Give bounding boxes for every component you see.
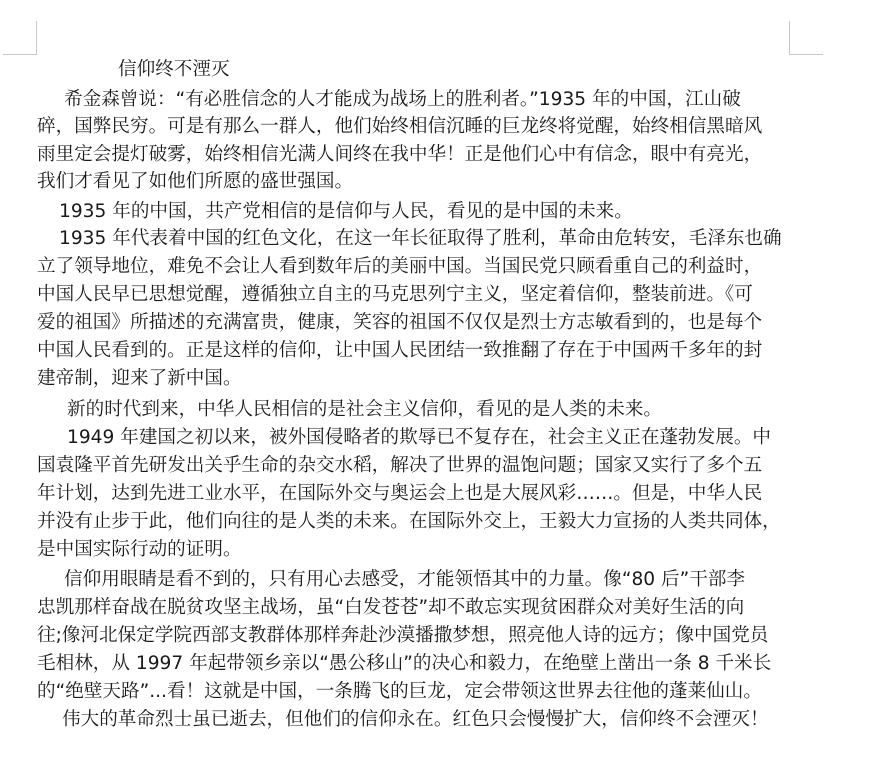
- text-line: 建帝制，迎来了新中国。: [37, 366, 242, 392]
- text-line: 年计划，达到先进工业水平，在国际外交与奥运会上也是大展风彩……。但是，中华人民: [37, 481, 762, 507]
- page-corner-mark-top-right: [789, 21, 823, 55]
- text-line: 1935 年代表着中国的红色文化，在这一年长征取得了胜利，革命由危转安，毛泽东也…: [59, 226, 782, 252]
- text-line: 碎，国弊民穷。可是有那么一群人，他们始终相信沉睡的巨龙终将觉醒，始终相信黑暗风: [37, 114, 762, 140]
- text-line: 1949 年建国之初以来，被外国侵略者的欺辱已不复存在，社会主义正在蓬勃发展。中: [67, 425, 771, 451]
- text-line: 的“绝壁天路”...看！这就是中国，一条腾飞的巨龙，定会带领这世界去往他的蓬莱仙…: [37, 679, 762, 705]
- text-line: 往;像河北保定学院西部支教群体那样奔赴沙漠播撒梦想，照亮他人诗的远方；像中国党员: [37, 623, 768, 649]
- page-corner-mark-top-left: [3, 21, 37, 55]
- text-line: 是中国实际行动的证明。: [37, 537, 242, 563]
- text-line: 1935 年的中国，共产党相信的是信仰与人民，看见的是中国的未来。: [59, 199, 633, 225]
- text-line: 中国人民看到的。正是这样的信仰，让中国人民团结一致推翻了存在于中国两千多年的封: [37, 338, 762, 364]
- text-line: 新的时代到来，中华人民相信的是社会主义信仰，看见的是人类的未来。: [67, 397, 662, 423]
- text-line: 雨里定会提灯破雾，始终相信光满人间终在我中华！正是他们心中有信念，眼中有亮光，: [37, 142, 762, 168]
- text-line: 立了领导地位，难免不会让人看到数年后的美丽中国。当国民党只顾看重自己的利益时，: [37, 254, 762, 280]
- text-line: 国袁隆平首先研发出关乎生命的杂交水稻，解决了世界的温饱问题；国家又实行了多个五: [37, 453, 762, 479]
- text-line: 忠凯那样奋战在脱贫攻坚主战场，虽“白发苍苍”却不敢忘实现贫困群众对美好生活的向: [37, 595, 744, 621]
- text-line: 并没有止步于此，他们向往的是人类的未来。在国际外交上，王毅大力宣扬的人类共同体，: [37, 509, 781, 535]
- document-title: 信仰终不湮灭: [118, 57, 230, 83]
- text-line: 毛相林，从 1997 年起带领乡亲以“愚公移山”的决心和毅力，在绝壁上凿出一条 …: [37, 651, 771, 677]
- text-line: 希金森曾说：“有必胜信念的人才能成为战场上的胜利者。”1935 年的中国，江山破: [64, 87, 741, 113]
- text-line: 信仰用眼睛是看不到的，只有用心去感受，才能领悟其中的力量。像“80 后”干部李: [64, 567, 745, 593]
- text-line: 伟大的革命烈士虽已逝去，但他们的信仰永在。红色只会慢慢扩大，信仰终不会湮灭！: [62, 707, 769, 733]
- text-line: 中国人民早已思想觉醒，遵循独立自主的马克思列宁主义，坚定着信仰，整装前进。《可: [37, 282, 753, 308]
- text-line: 我们才看见了如他们所愿的盛世强国。: [37, 169, 353, 195]
- text-line: 爱的祖国》所描述的充满富贵，健康，笑容的祖国不仅仅是烈士方志敏看到的，也是每个: [37, 310, 762, 336]
